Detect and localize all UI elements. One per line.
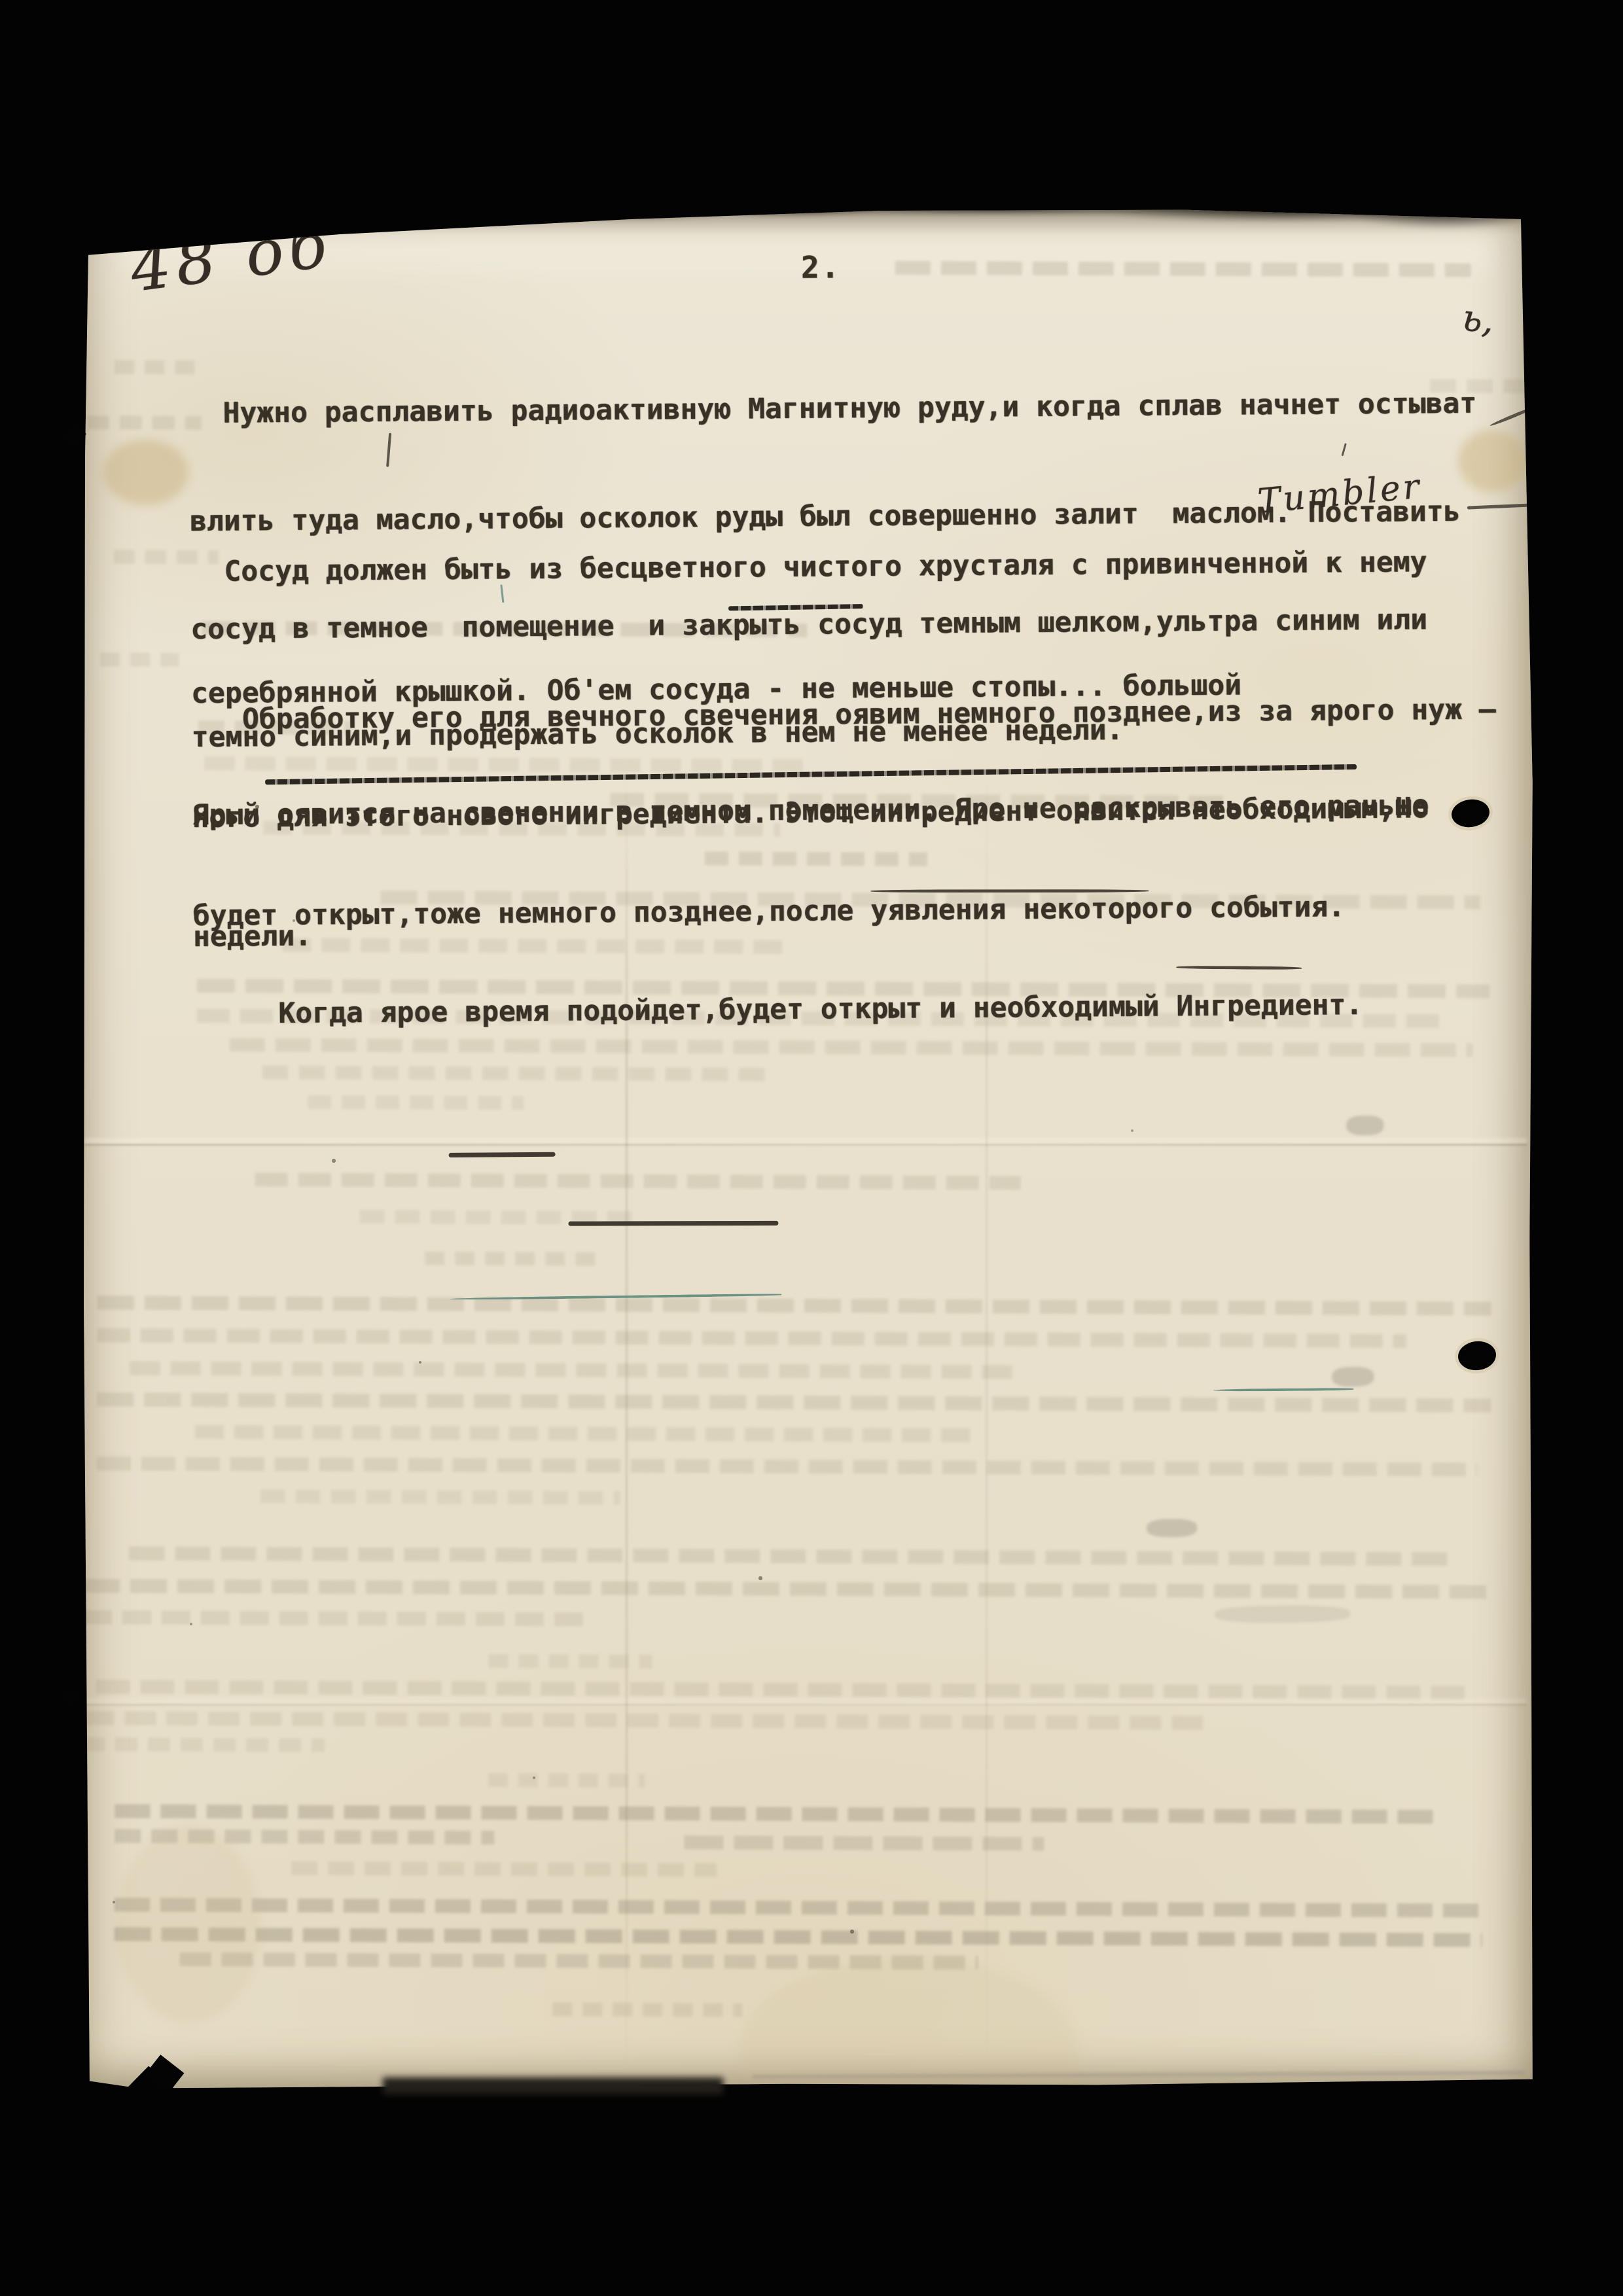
typed-line: Когда ярое время подойдет,будет открыт и… <box>194 987 1555 1031</box>
archive-page-note: 48 об <box>126 207 336 306</box>
typed-line: ного для этого нового ингредиента. Этот … <box>192 791 1553 834</box>
teal-underline <box>1213 1388 1354 1392</box>
overtype-smudge <box>1215 1605 1350 1623</box>
overtype-smudge <box>1332 1367 1374 1387</box>
page-number: 2. <box>801 249 842 285</box>
typed-line: будет открыт,тоже немного позднее,после … <box>193 889 1554 932</box>
overtype-smudge <box>1147 1519 1198 1538</box>
document-page: 48 об 2. Нужно расплавить радиоактивную … <box>77 204 1534 2089</box>
teal-underline <box>450 1294 782 1301</box>
typed-line: Обработку его для вечного свечения оявим… <box>191 693 1552 736</box>
page-content: 48 об 2. Нужно расплавить радиоактивную … <box>73 198 1544 2094</box>
edge-tear <box>60 1687 80 1707</box>
hand-underline <box>449 1152 556 1157</box>
typed-line: Сосуд должен быть из бесцветного чистого… <box>190 541 1551 592</box>
hand-underline <box>568 1221 778 1226</box>
edge-tear <box>62 423 86 448</box>
scan-smudge <box>383 2077 723 2094</box>
typed-line: Нужно расплавить радиоактивную Магнитную… <box>188 385 1550 432</box>
paper-specks <box>77 204 79 205</box>
handwritten-soft-sign: ь, <box>1461 296 1496 342</box>
typed-paragraph: Обработку его для вечного свечения оявим… <box>190 627 1560 1623</box>
scan-background: 48 об 2. Нужно расплавить радиоактивную … <box>0 0 1623 2296</box>
